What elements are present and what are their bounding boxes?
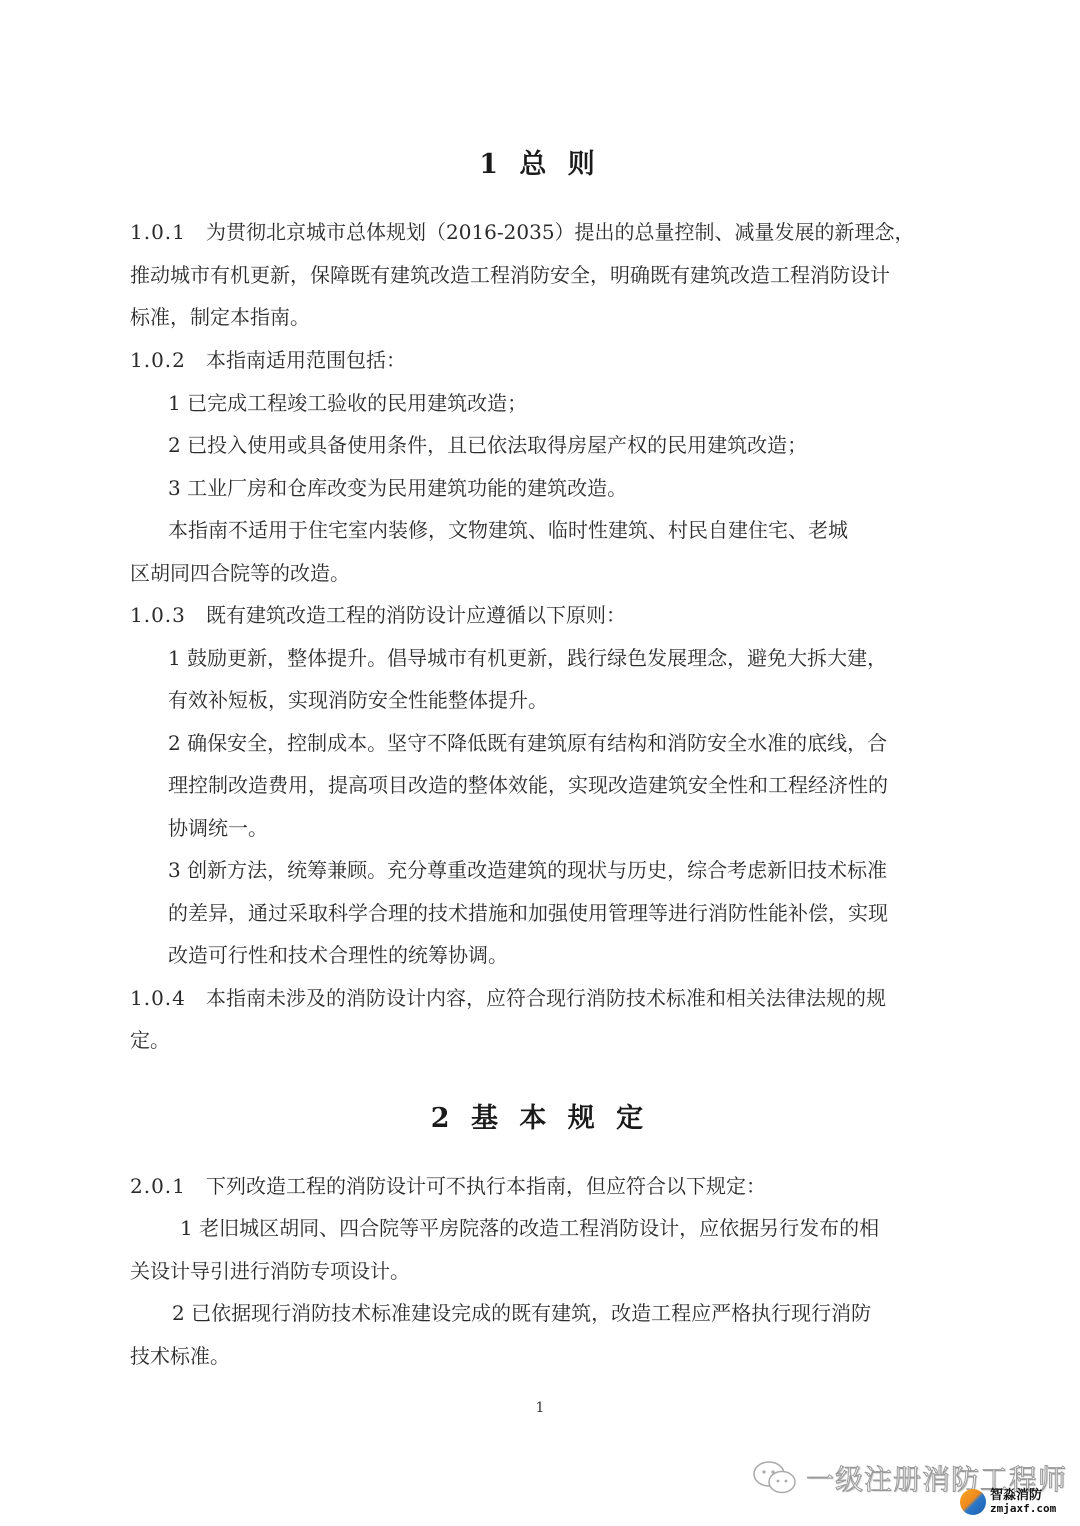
list-item: 3 创新方法，统筹兼顾。充分尊重改造建筑的现状与历史，综合考虑新旧技术标准 (168, 856, 887, 884)
clause-text-line: 的差异，通过采取科学合理的技术措施和加强使用管理等进行消防性能补偿，实现 (168, 899, 888, 927)
clause-text-line: 标准，制定本指南。 (130, 303, 310, 331)
list-item: 1 鼓励更新，整体提升。倡导城市有机更新，践行绿色发展理念，避免大拆大建， (168, 644, 887, 672)
page-number: 1 (0, 1400, 1080, 1416)
list-item: 2 确保安全，控制成本。坚守不降低既有建筑原有结构和消防安全水准的底线，合 (168, 729, 887, 757)
list-item: 2 已投入使用或具备使用条件，且已依法取得房屋产权的民用建筑改造； (168, 431, 807, 459)
chapter-2-title: 2 基 本 规 定 (0, 1096, 1080, 1135)
clause-1-0-1: 1.0.1为贯彻北京城市总体规划（2016-2035）提出的总量控制、减量发展的… (130, 218, 915, 246)
clause-number: 1.0.4 (130, 984, 206, 1012)
clause-number: 1.0.3 (130, 601, 206, 629)
clause-text-line: 技术标准。 (130, 1342, 230, 1370)
clause-1-0-4: 1.0.4本指南未涉及的消防设计内容，应符合现行消防技术标准和相关法律法规的规 (130, 984, 886, 1012)
clause-text-line: 理控制改造费用，提高项目改造的整体效能，实现改造建筑安全性和工程经济性的 (168, 771, 888, 799)
document-page: 1 总 则 1.0.1为贯彻北京城市总体规划（2016-2035）提出的总量控制… (0, 0, 1080, 1526)
clause-number: 2.0.1 (130, 1172, 206, 1200)
clause-text-line: 改造可行性和技术合理性的统筹协调。 (168, 941, 508, 969)
clause-text-line: 区胡同四合院等的改造。 (130, 559, 350, 587)
clause-1-0-3: 1.0.3既有建筑改造工程的消防设计应遵循以下原则： (130, 601, 626, 629)
clause-1-0-2: 1.0.2本指南适用范围包括： (130, 346, 406, 374)
brand-name: 智淼消防 (990, 1489, 1056, 1502)
brand-url: zmjaxf.com (990, 1502, 1056, 1515)
list-item: 2 已依据现行消防技术标准建设完成的既有建筑，改造工程应严格执行现行消防 (172, 1299, 871, 1327)
clause-text-line: 协调统一。 (168, 814, 268, 842)
wechat-icon (752, 1460, 798, 1496)
clause-text-line: 本指南不适用于住宅室内装修，文物建筑、临时性建筑、村民自建住宅、老城 (168, 516, 848, 544)
list-item: 1 老旧城区胡同、四合院等平房院落的改造工程消防设计，应依据另行发布的相 (180, 1214, 879, 1242)
clause-text-line: 定。 (130, 1026, 170, 1054)
clause-number: 1.0.1 (130, 218, 206, 246)
list-item: 3 工业厂房和仓库改变为民用建筑功能的建筑改造。 (168, 474, 627, 502)
chapter-1-title: 1 总 则 (0, 142, 1080, 181)
brand-logo-icon (960, 1489, 986, 1515)
clause-text-line: 推动城市有机更新，保障既有建筑改造工程消防安全，明确既有建筑改造工程消防设计 (130, 261, 890, 289)
brand-logo-block: 智淼消防 zmjaxf.com (960, 1489, 1056, 1515)
list-item: 1 已完成工程竣工验收的民用建筑改造； (168, 389, 527, 417)
clause-2-0-1: 2.0.1下列改造工程的消防设计可不执行本指南，但应符合以下规定： (130, 1172, 766, 1200)
clause-number: 1.0.2 (130, 346, 206, 374)
clause-text-line: 有效补短板，实现消防安全性能整体提升。 (168, 686, 548, 714)
clause-text-line: 关设计导引进行消防专项设计。 (130, 1257, 410, 1285)
